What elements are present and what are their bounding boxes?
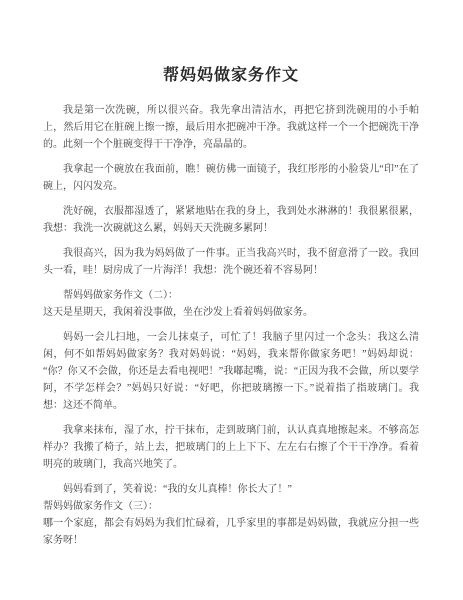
essay-paragraph-3: 洗好碗，衣服都湿透了，紧紧地贴在我的身上，我到处水淋淋的！我很累很累，我想：我洗…: [43, 203, 419, 237]
essay-paragraph-4: 我很高兴，因为我为妈妈做了一件事。正当我高兴时，我不留意滑了一跤。我回头一看，哇…: [43, 245, 419, 279]
essay-paragraph-9: 哪一个家庭，都会有妈妈为我们忙碌着，几乎家里的事都是妈妈做，我就应分担一些家务呀…: [43, 515, 419, 549]
essay-section-2-heading: 帮妈妈做家务作文（二）：: [43, 287, 419, 304]
essay-paragraph-6: 妈妈一会儿扫地，一会儿抹桌子，可忙了！我脑子里闪过一个念头：我这么清闲，何不如帮…: [43, 329, 419, 414]
essay-paragraph-2: 我拿起一个碗放在我面前，瞧！碗仿佛一面镜子，我红彤彤的小脸袋儿“印”在了碗上，闪…: [43, 161, 419, 195]
essay-paragraph-5: 这天是星期天，我闲着没事做，坐在沙发上看着妈妈做家务。: [43, 304, 419, 321]
essay-section-3-heading: 帮妈妈做家务作文（三）：: [43, 498, 419, 515]
essay-paragraph-7: 我拿来抹布，湿了水，拧干抹布，走到玻璃门前，认认真真地擦起来。不够高怎样办？我搬…: [43, 422, 419, 473]
essay-paragraph-1: 我是第一次洗碗，所以很兴奋。我先拿出清洁水，再把它挤到洗碗用的小手帕上，然后用它…: [43, 102, 419, 153]
essay-page: 帮妈妈做家务作文 我是第一次洗碗，所以很兴奋。我先拿出清洁水，再把它挤到洗碗用的…: [0, 0, 463, 600]
essay-paragraph-8: 妈妈看到了，笑着说：“我的女儿真棒！你长大了！”: [43, 481, 419, 498]
essay-title: 帮妈妈做家务作文: [43, 64, 419, 88]
